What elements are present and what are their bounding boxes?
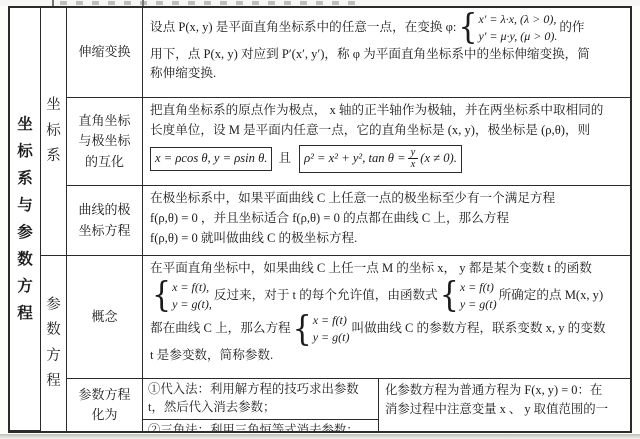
left-brace-glyph: { [440,280,459,311]
brace-equations: x = f(t) y = g(t) [313,312,350,346]
system-brace-formula: { x = f(t) y = g(t) [440,279,497,313]
scanned-table-page: 坐标系与参数方程 坐标系 参数方程 伸缩变换 设点 P(x, y) 是平面直角坐… [0,0,640,439]
method-trigonometric: ②三角法：利用三角恒等式消去参数； [143,420,378,431]
text-line: 称伸缩变换. [150,64,623,84]
brace-equations: x = f(t) y = g(t) [460,279,497,313]
group-heading-coordinate-system: 坐标系 [41,8,67,256]
fraction-denominator: x [408,158,419,171]
row-label-text: 参数方程 [78,385,130,405]
text-segment: 所确定的点 M(x, y) [499,286,604,306]
text-line: t，然后代入消去参数； [148,399,373,417]
text-line: 消参过程中注意变量 x 、 y 取值范围的一 [385,400,624,419]
row-label-text: 的互化 [85,152,124,172]
methods-subcolumn: ①代入法：利用解方程的技巧求出参数 t，然后代入消去参数； ②三角法：利用三角恒… [143,379,379,431]
text-line: { x = f(t), y = g(t), 反过来，对于 t 的每个允许值，由函… [150,279,623,313]
group2-heading-text: 参数方程 [45,293,62,395]
text-segment: 叫做曲线 C 的参数方程，联系变数 x, y 的变数 [351,319,605,339]
fraction-numerator: y [408,147,419,159]
row-label-text: 直角坐标 [78,111,130,131]
group-heading-parametric-equation: 参数方程 [41,256,67,431]
conversion-note-subcolumn: 化参数方程为普通方程为 F(x, y) = 0：在 消参过程中注意变量 x 、 … [379,379,630,431]
text-line: 在极坐标系中，如果平面曲线 C 上任意一点的极坐标至少有一个满足方程 [150,189,623,209]
cell-scaling-transform-content: 设点 P(x, y) 是平面直角坐标系中的任意一点，在变换 φ: { x′ = … [143,8,630,98]
cell-conversion-methods: ①代入法：利用解方程的技巧求出参数 t，然后代入消去参数； ②三角法：利用三角恒… [143,379,630,431]
equation-line: y = g(t) [460,296,497,313]
brace-equations: x′ = λ·x, (λ > 0), y′ = μ·y, (μ > 0). [478,11,557,45]
conjunction-text: 且 [278,149,291,169]
system-brace-formula: { x′ = λ·x, (λ > 0), y′ = μ·y, (μ > 0). [458,11,557,45]
math-summary-table: 坐标系与参数方程 坐标系 参数方程 伸缩变换 设点 P(x, y) 是平面直角坐… [8,6,632,433]
text-line: 在平面直角坐标中，如果曲线 C 上任一点 M 的坐标 x， y 都是某个变数 t… [150,259,623,279]
equation-line: x = f(t), [172,279,212,296]
method-substitution: ①代入法：利用解方程的技巧求出参数 t，然后代入消去参数； [143,379,378,420]
system-brace-formula: { x = f(t) y = g(t) [293,312,350,346]
text-segment: 都在曲线 C 上，那么方程 [150,319,291,339]
formula-segment: (x ≠ 0). [420,149,457,169]
equation-line: y = g(t), [172,296,212,313]
equation-line: x = f(t) [313,312,350,329]
left-brace-glyph: { [152,280,171,311]
text-line: 长度单位，设 M 是平面内任意一点，它的直角坐标是 (x, y)，极坐标是 (ρ… [150,121,623,141]
cell-rect-polar-conversion-content: 把直角坐标系的原点作为极点， x 轴的正半轴作为极轴，并在两坐标系中取相同的 长… [143,98,630,186]
text-line: 化参数方程为普通方程为 F(x, y) = 0：在 [385,381,624,400]
text-segment: 反过来，对于 t 的每个允许值，由函数式 [214,286,438,306]
group1-heading-text: 坐标系 [45,93,62,169]
cropped-bottom-edge-strip [0,434,640,439]
left-brace-glyph: { [293,314,312,345]
equation-line: x′ = λ·x, (λ > 0), [478,11,557,28]
formula-segment: ρ² = x² + y², tan θ = [304,149,406,169]
row-label-text: 概念 [91,307,117,327]
boxed-formula-inverse: ρ² = x² + y², tan θ = y x (x ≠ 0). [299,145,462,173]
equation-line: y′ = μ·y, (μ > 0). [478,28,557,45]
text-line: ②三角法：利用三角恒等式消去参数； [148,422,373,431]
equation-line: y = g(t) [313,329,350,346]
row-label-scaling-transform: 伸缩变换 [67,8,143,98]
text-line: ①代入法：利用解方程的技巧求出参数 [148,381,373,399]
left-brace-glyph: { [458,12,477,43]
text-line: 用下，点 P(x, y) 对应到 P′(x′, y′)，称 φ 为平面直角坐标系… [150,45,623,65]
text-line: 设点 P(x, y) 是平面直角坐标系中的任意一点，在变换 φ: { x′ = … [150,11,623,45]
system-brace-formula: { x = f(t), y = g(t), [152,279,212,313]
brace-equations: x = f(t), y = g(t), [172,279,212,313]
text-line: f(ρ,θ) = 0 ，并且坐标适合 f(ρ,θ) = 0 的点都在曲线 C 上… [150,209,623,229]
row-label-text: 坐标方程 [78,221,130,241]
row-label-convert-parametric: 参数方程 化为 [67,379,143,431]
cropped-text-smudge [60,1,360,5]
main-heading-vertical-text: 坐标系与参数方程 [17,111,34,328]
fraction-y-over-x: y x [408,147,419,171]
row-label-text: 伸缩变换 [78,42,130,62]
text-line: 把直角坐标系的原点作为极点， x 轴的正半轴作为极轴，并在两坐标系中取相同的 [150,101,623,121]
text-segment: 的作 [559,18,584,38]
cell-polar-equation-content: 在极坐标系中，如果平面曲线 C 上任意一点的极坐标至少有一个满足方程 f(ρ,θ… [143,186,630,256]
row-label-text: 曲线的极 [78,200,130,220]
text-line: 都在曲线 C 上，那么方程 { x = f(t) y = g(t) 叫做曲线 C… [150,312,623,346]
row-label-concept: 概念 [67,256,143,379]
equation-line: x = f(t) [460,279,497,296]
cell-concept-content: 在平面直角坐标中，如果曲线 C 上任一点 M 的坐标 x， y 都是某个变数 t… [143,256,630,379]
row-label-text: 与极坐标 [78,131,130,151]
row-label-text: 化为 [91,405,117,425]
row-label-polar-equation-of-curve: 曲线的极 坐标方程 [67,186,143,256]
formula-line: x = ρcos θ, y = ρsin θ. 且 ρ² = x² + y², … [150,145,623,173]
boxed-formula-conversion: x = ρcos θ, y = ρsin θ. [150,147,272,171]
row-label-rect-polar-conversion: 直角坐标 与极坐标 的互化 [67,98,143,186]
text-segment: 设点 P(x, y) 是平面直角坐标系中的任意一点，在变换 φ: [150,18,456,38]
table-main-heading-cell: 坐标系与参数方程 [10,8,41,431]
text-line: t 是参变数，简称参数. [150,346,623,366]
text-line: f(ρ,θ) = 0 就叫做曲线 C 的极坐标方程. [150,229,623,249]
